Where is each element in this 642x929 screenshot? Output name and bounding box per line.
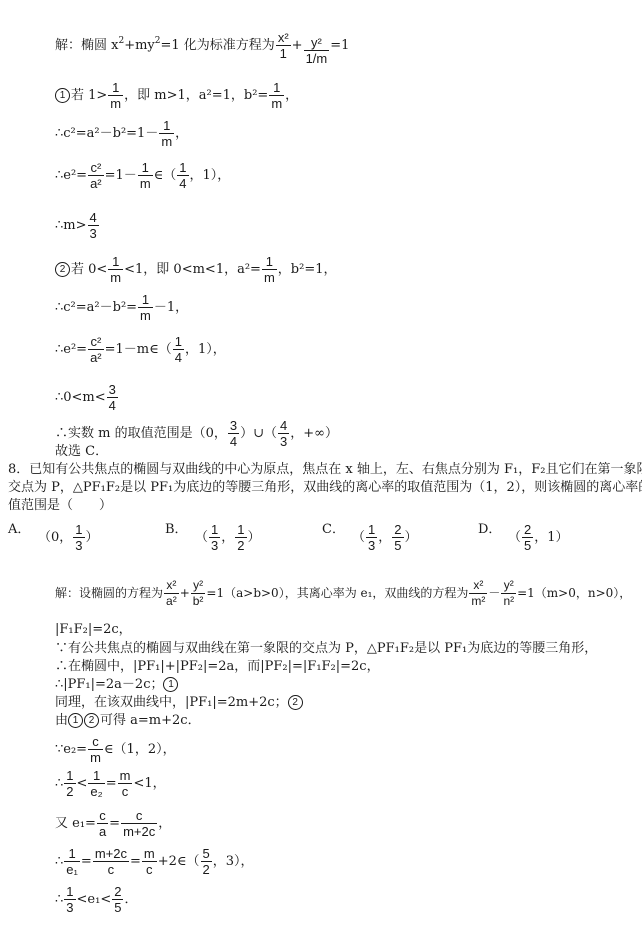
fraction: 1m <box>138 292 153 323</box>
solution-setup: 解：设椭圆的方程为x²a²+y²b²=1（a>b>0），其离心率为 e₁，双曲线… <box>55 578 631 609</box>
case-1-c-squared: ∴c²=a²－b²=1－1m， <box>55 118 188 149</box>
fraction: mc <box>142 846 157 877</box>
fraction: 1m <box>108 254 123 285</box>
fraction: 1e₁ <box>64 846 80 877</box>
fraction: c²a² <box>88 334 104 365</box>
solution-intro: 解：椭圆 x2+my2=1 化为标准方程为x²1+y²1/m=1 <box>55 30 349 66</box>
solution-step-4: ∴在椭圆中，|PF₁|+|PF₂|=2a，而|PF₂|=|F₁F₂|=2c， <box>55 659 380 675</box>
fraction: 12 <box>64 768 75 799</box>
solution-step-8: ∵e₂=cm∈（1，2）， <box>55 734 176 765</box>
case-2-m-range: ∴0<m<34 <box>55 382 119 413</box>
question-line-3: 值范围是（ ） <box>8 498 112 514</box>
question-line-1: 8．已知有公共焦点的椭圆与双曲线的中心为原点，焦点在 x 轴上，左、右焦点分别为… <box>8 462 642 478</box>
fraction: y²1/m <box>304 35 330 66</box>
solution-conclusion: ∴13<e₁<25． <box>55 884 137 915</box>
fraction: 13 <box>366 522 377 553</box>
fraction: 1e₂ <box>88 768 104 799</box>
question-line-2: 交点为 P，△PF₁F₂是以 PF₁为底边的等腰三角形，双曲线的离心率的取值范围… <box>8 480 642 496</box>
case-2: 2若 0<1m<1，即 0<m<1，a²=1m，b²=1， <box>55 254 337 285</box>
fraction: 13 <box>73 522 84 553</box>
fraction: 25 <box>522 522 533 553</box>
fraction: x²a² <box>164 578 179 609</box>
fraction: cm <box>88 734 103 765</box>
circled-number: 2 <box>288 695 303 710</box>
fraction: 34 <box>107 382 118 413</box>
circled-number: 2 <box>55 262 70 277</box>
fraction: 43 <box>278 418 289 449</box>
fraction: 13 <box>209 522 220 553</box>
solution-step-10: 又 e₁=ca=cm+2c， <box>55 808 171 839</box>
fraction: mc <box>118 768 133 799</box>
fraction: 14 <box>173 334 184 365</box>
question-number: 8． <box>8 462 29 477</box>
fraction: 25 <box>112 884 123 915</box>
fraction: c²a² <box>88 160 104 191</box>
solution-step-11: ∴1e₁=m+2cc=mc+2∈（52，3）， <box>55 846 254 877</box>
solution-step-6: 同理，在该双曲线中，|PF₁|=2m+2c；2 <box>55 695 304 711</box>
fraction: 1m <box>269 80 284 111</box>
fraction: 14 <box>177 160 188 191</box>
fraction: y²n² <box>501 578 516 609</box>
solution-step-2: |F₁F₂|=2c， <box>55 622 132 638</box>
fraction: 1m <box>262 254 277 285</box>
fraction: 52 <box>201 846 212 877</box>
solution-step-3: ∵有公共焦点的椭圆与双曲线在第一象限的交点为 P，△PF₁F₂是以 PF₁为底边… <box>55 641 597 657</box>
fraction: y²b² <box>191 578 206 609</box>
case-2-e-squared: ∴e²=c²a²=1－m∈（14，1）， <box>55 334 226 365</box>
answer-choice: 故选 C． <box>55 444 108 460</box>
circled-number: 2 <box>84 713 99 728</box>
circled-number: 1 <box>163 677 178 692</box>
solution-step-7: 由12可得 a=m+2c． <box>55 713 201 729</box>
fraction: 12 <box>235 522 246 553</box>
case-1-e-squared: ∴e²=c²a²=1－1m∈（14，1）， <box>55 160 230 191</box>
fraction: 1m <box>108 80 123 111</box>
solution-step-5: ∴|PF₁|=2a－2c；1 <box>55 677 179 693</box>
circled-number: 1 <box>68 713 83 728</box>
fraction: 13 <box>64 884 75 915</box>
fraction: 43 <box>88 210 99 241</box>
fraction: m+2cc <box>93 846 129 877</box>
case-2-c-squared: ∴c²=a²－b²=1m－1， <box>55 292 188 323</box>
fraction: cm+2c <box>121 808 157 839</box>
case-1: 1若 1>1m，即 m>1，a²=1，b²=1m， <box>55 80 298 111</box>
fraction: x²1 <box>276 30 291 61</box>
fraction: 34 <box>228 418 239 449</box>
solution-step-9: ∴12<1e₂=mc<1， <box>55 768 166 799</box>
fraction: 1m <box>138 160 153 191</box>
circled-number: 1 <box>55 88 70 103</box>
fraction: ca <box>97 808 108 839</box>
fraction: 25 <box>392 522 403 553</box>
fraction: 1m <box>159 118 174 149</box>
fraction: x²m² <box>469 578 487 609</box>
case-1-m-range: ∴m>43 <box>55 210 100 241</box>
